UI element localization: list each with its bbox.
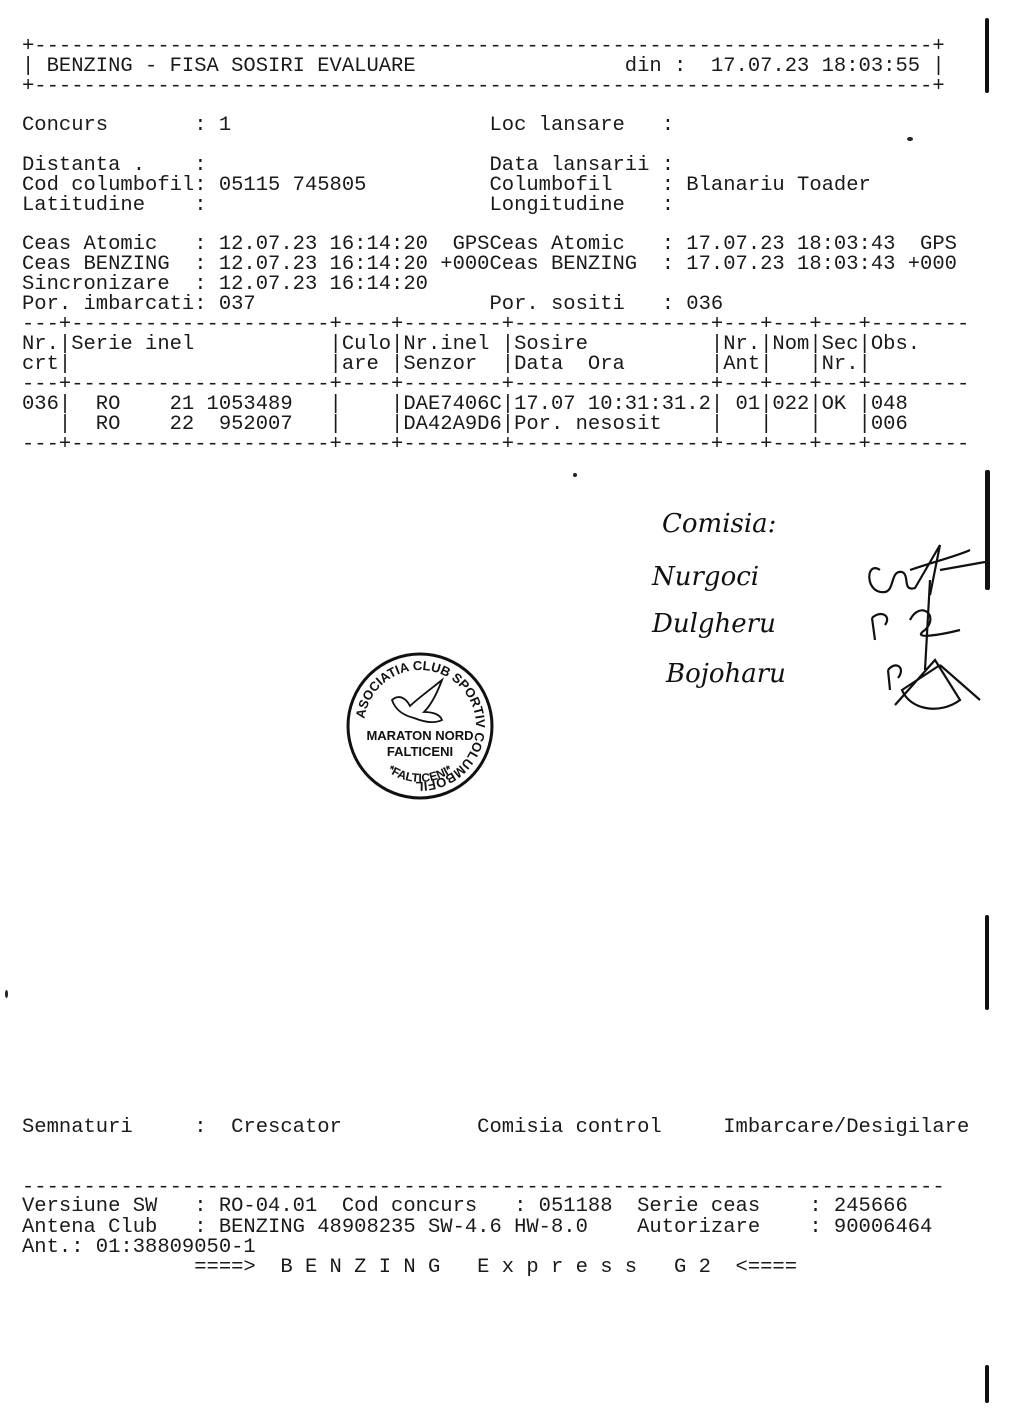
clock-row-atomic: Ceas Atomic : 12.07.23 16:14:20 GPSCeas … [22, 235, 957, 255]
scan-artifact [985, 915, 989, 1010]
stamp-center-line2: FALTICENI [387, 744, 453, 759]
clock-row-pigeons: Por. imbarcati: 037 Por. sositi : 036 [22, 295, 723, 315]
footer-row-antenna: Antena Club : BENZING 48908235 SW-4.6 HW… [22, 1218, 932, 1238]
handwritten-heading: Comisia: [662, 509, 776, 539]
info-row-coordinates: Latitudine : Longitudine : [22, 196, 686, 216]
scan-speck [5, 990, 8, 998]
scan-speck [907, 137, 913, 141]
signature-scribbles [869, 545, 985, 709]
handwritten-name: Bojoharu [665, 659, 786, 689]
header-border-top: +---------------------------------------… [22, 37, 945, 57]
handwritten-name: Dulgheru [651, 609, 776, 639]
info-row-concurs: Concurs : 1 Loc lansare : [22, 116, 686, 136]
club-stamp: ASOCIATIA CLUB SPORTIV COLUMBOFIL *FALTI… [344, 650, 496, 802]
signatures-row: Semnaturi : Crescator Comisia control Im… [22, 1118, 969, 1138]
handwritten-committee: Comisia: Nurgoci Dulgheru Bojoharu [640, 500, 1024, 730]
table-header-row: crt| |are |Senzor |Data Ora |Ant| |Nr.| [22, 355, 969, 375]
clock-row-sync: Sincronizare : 12.07.23 16:14:20 [22, 275, 489, 295]
scan-artifact [985, 1365, 989, 1403]
table-rule-top: ---+---------------------+----+--------+… [22, 315, 969, 335]
table-rule-bottom: ---+---------------------+----+--------+… [22, 435, 969, 455]
footer-row-version: Versiune SW : RO-04.01 Cod concurs : 051… [22, 1197, 908, 1217]
table-header-row: Nr.|Serie inel |Culo|Nr.inel |Sosire |Nr… [22, 335, 969, 355]
header-title: | BENZING - FISA SOSIRI EVALUARE din : 1… [22, 57, 945, 77]
dove-icon [392, 680, 442, 722]
header-border-bottom: +---------------------------------------… [22, 77, 945, 97]
handwritten-name: Nurgoci [651, 562, 759, 592]
clock-row-benzing: Ceas BENZING : 12.07.23 16:14:20 +000Cea… [22, 255, 957, 275]
scan-artifact [985, 470, 990, 590]
table-row: 036| RO 21 1053489 | |DAE7406C|17.07 10:… [22, 395, 969, 415]
info-row-distanta: Distanta . : Data lansarii : [22, 156, 686, 176]
stamp-center-line1: MARATON NORD [366, 728, 473, 743]
info-row-columbofil: Cod columbofil: 05115 745805 Columbofil … [22, 176, 871, 196]
footer-banner: ====> B E N Z I N G E x p r e s s G 2 <=… [22, 1258, 797, 1278]
scan-speck [573, 473, 577, 477]
footer-row-ant: Ant.: 01:38809050-1 [22, 1238, 256, 1258]
table-rule-mid: ---+---------------------+----+--------+… [22, 375, 969, 395]
table-row: | RO 22 952007 | |DA42A9D6|Por. nesosit … [22, 415, 969, 435]
scan-artifact [985, 18, 989, 93]
